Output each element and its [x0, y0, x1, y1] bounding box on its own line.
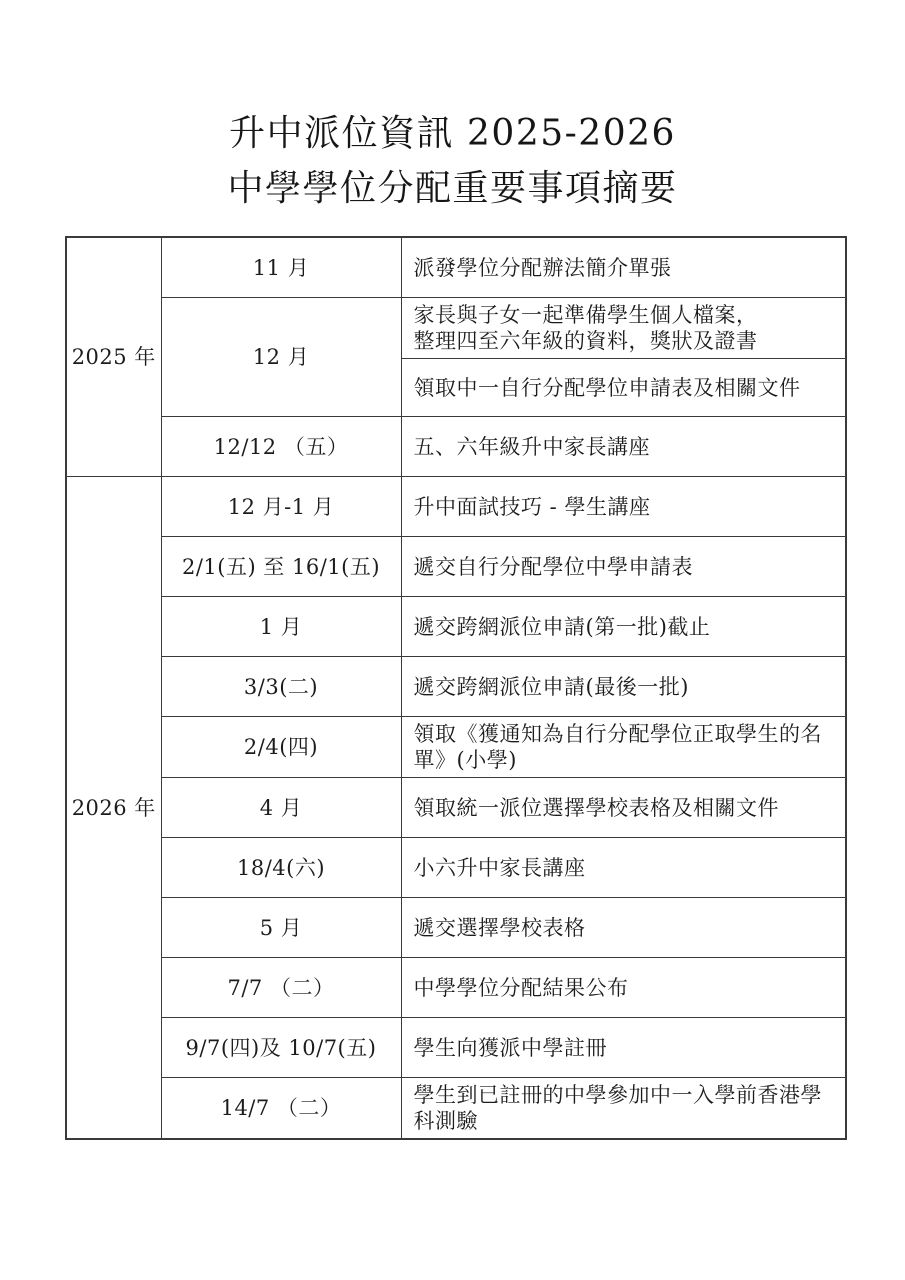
event-cell: 學生向獲派中學註冊	[401, 1018, 846, 1078]
date-cell: 1 月	[161, 597, 401, 657]
table-row: 12 月 家長與子女一起準備學生個人檔案， 整理四至六年級的資料，獎狀及證書	[66, 298, 846, 359]
event-cell: 派發學位分配辦法簡介單張	[401, 237, 846, 298]
document-title-line-2: 中學學位分配重要事項摘要	[0, 161, 905, 216]
event-cell: 遞交跨網派位申請(最後一批)	[401, 657, 846, 717]
event-cell: 家長與子女一起準備學生個人檔案， 整理四至六年級的資料，獎狀及證書	[401, 298, 846, 359]
table-row: 5 月 遞交選擇學校表格	[66, 898, 846, 958]
date-cell: 9/7(四)及 10/7(五)	[161, 1018, 401, 1078]
table-row: 14/7 （二） 學生到已註冊的中學參加中一入學前香港學 科測驗	[66, 1078, 846, 1140]
event-cell: 遞交選擇學校表格	[401, 898, 846, 958]
year-cell: 2025 年	[66, 237, 161, 477]
event-cell: 領取《獲通知為自行分配學位正取學生的名 單》(小學)	[401, 717, 846, 778]
table-row: 2/4(四) 領取《獲通知為自行分配學位正取學生的名 單》(小學)	[66, 717, 846, 778]
date-cell: 12 月-1 月	[161, 477, 401, 537]
date-cell: 12 月	[161, 298, 401, 417]
document-title-line-1: 升中派位資訊 2025-2026	[0, 106, 905, 161]
event-cell: 領取統一派位選擇學校表格及相關文件	[401, 778, 846, 838]
table-row: 18/4(六) 小六升中家長講座	[66, 838, 846, 898]
date-cell: 3/3(二)	[161, 657, 401, 717]
table-row: 4 月 領取統一派位選擇學校表格及相關文件	[66, 778, 846, 838]
table-row: 7/7 （二） 中學學位分配結果公布	[66, 958, 846, 1018]
table-row: 3/3(二) 遞交跨網派位申請(最後一批)	[66, 657, 846, 717]
date-cell: 14/7 （二）	[161, 1078, 401, 1140]
date-cell: 7/7 （二）	[161, 958, 401, 1018]
date-cell: 2/1(五) 至 16/1(五)	[161, 537, 401, 597]
date-cell: 4 月	[161, 778, 401, 838]
event-cell: 遞交自行分配學位中學申請表	[401, 537, 846, 597]
date-cell: 11 月	[161, 237, 401, 298]
table-row: 12/12 （五） 五、六年級升中家長講座	[66, 417, 846, 477]
date-cell: 5 月	[161, 898, 401, 958]
event-cell: 小六升中家長講座	[401, 838, 846, 898]
table-row: 2026 年 12 月-1 月 升中面試技巧 - 學生講座	[66, 477, 846, 537]
event-cell: 升中面試技巧 - 學生講座	[401, 477, 846, 537]
date-cell: 12/12 （五）	[161, 417, 401, 477]
date-cell: 18/4(六)	[161, 838, 401, 898]
table-row: 2025 年 11 月 派發學位分配辦法簡介單張	[66, 237, 846, 298]
event-cell: 遞交跨網派位申請(第一批)截止	[401, 597, 846, 657]
date-cell: 2/4(四)	[161, 717, 401, 778]
year-cell: 2026 年	[66, 477, 161, 1140]
document-page: 升中派位資訊 2025-2026 中學學位分配重要事項摘要 2025 年 11 …	[0, 0, 905, 1280]
table-row: 1 月 遞交跨網派位申請(第一批)截止	[66, 597, 846, 657]
event-cell: 中學學位分配結果公布	[401, 958, 846, 1018]
schedule-table: 2025 年 11 月 派發學位分配辦法簡介單張 12 月 家長與子女一起準備學…	[65, 236, 847, 1140]
table-row: 9/7(四)及 10/7(五) 學生向獲派中學註冊	[66, 1018, 846, 1078]
table-row: 2/1(五) 至 16/1(五) 遞交自行分配學位中學申請表	[66, 537, 846, 597]
document-title-block: 升中派位資訊 2025-2026 中學學位分配重要事項摘要	[0, 0, 905, 216]
event-cell: 五、六年級升中家長講座	[401, 417, 846, 477]
event-cell: 領取中一自行分配學位申請表及相關文件	[401, 359, 846, 417]
event-cell: 學生到已註冊的中學參加中一入學前香港學 科測驗	[401, 1078, 846, 1140]
